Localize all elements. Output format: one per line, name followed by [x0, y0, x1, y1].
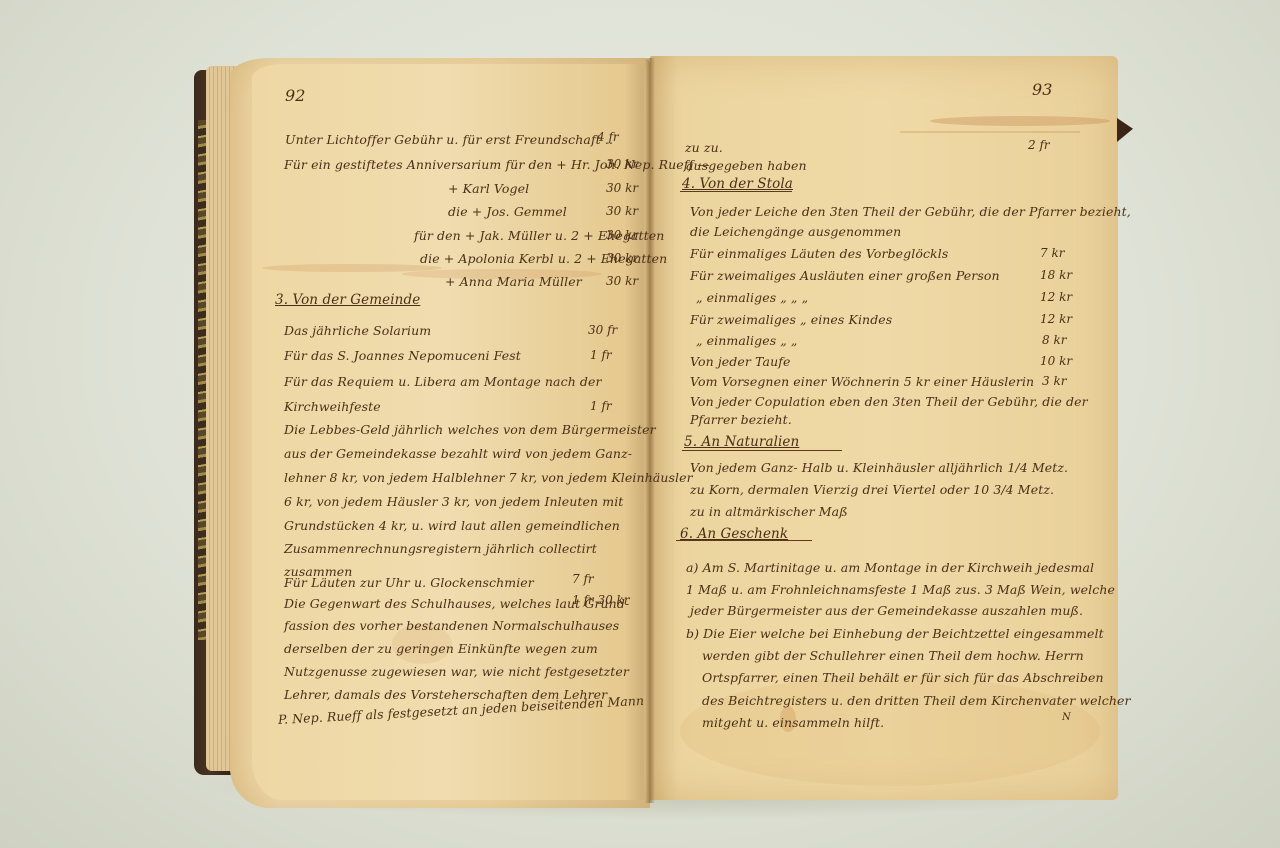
ledger-amount: 7 fr [572, 572, 594, 586]
ledger-amount: 30 kr [606, 157, 638, 171]
ledger-line: Die Lebbes-Geld jährlich welches von dem… [284, 422, 656, 437]
ledger-line: „ einmaliges „ „ „ [696, 290, 808, 305]
section-heading-4: 4. Von der Stola [682, 176, 793, 192]
ledger-line: Von jedem Ganz- Halb u. Kleinhäusler all… [690, 460, 1068, 475]
ledger-amount: 4 fr [597, 130, 619, 144]
page-number-left: 92 [285, 86, 306, 105]
ledger-line: Von jeder Leiche den 3ten Theil der Gebü… [690, 204, 1131, 219]
ledger-amount: 30 kr [606, 181, 638, 195]
ledger-line: des Beichtregisters u. den dritten Theil… [702, 693, 1131, 708]
section-heading-5: 5. An Naturalien [684, 434, 799, 450]
ledger-line: 1 Maß u. am Frohnleichnamsfeste 1 Maß zu… [686, 582, 1115, 597]
ledger-line: werden gibt der Schullehrer einen Theil … [702, 648, 1084, 663]
ledger-line: zu zu. [685, 140, 723, 155]
ledger-amount: 30 kr [606, 228, 638, 242]
ledger-line: die Leichengänge ausgenommen [690, 224, 901, 239]
ledger-line: Für das Requiem u. Libera am Montage nac… [284, 374, 602, 389]
ledger-line: mitgeht u. einsammeln hilft. [702, 715, 884, 730]
ledger-line: Von jeder Taufe [690, 354, 790, 369]
ledger-line: Kirchweihfeste [284, 399, 381, 414]
ledger-line: 6 kr, von jedem Häusler 3 kr, von jedem … [284, 494, 623, 509]
ledger-amount: 1 fr [590, 399, 612, 413]
ledger-amount: 8 kr [1042, 333, 1066, 347]
ledger-amount: 3 kr [1042, 374, 1066, 388]
ledger-amount: 30 kr [606, 274, 638, 288]
ledger-amount: 1 fr 30 kr [572, 593, 630, 607]
ledger-line: Für das S. Joannes Nepomuceni Fest [284, 348, 521, 363]
ledger-line: + Anna Maria Müller [445, 274, 582, 289]
ledger-amount: 12 kr [1040, 312, 1072, 326]
ledger-amount: 30 kr [606, 251, 638, 265]
ledger-line: Für ein gestiftetes Anniversarium für de… [284, 157, 710, 172]
ledger-line: Das jährliche Solarium [284, 323, 431, 338]
ledger-line: derselben der zu geringen Einkünfte wege… [284, 641, 598, 656]
ledger-line: Für einmaliges Läuten des Vorbeglöckls [690, 246, 948, 261]
ledger-line: Ortspfarrer, einen Theil behält er für s… [702, 670, 1104, 685]
ledger-line: Vom Vorsegnen einer Wöchnerin 5 kr einer… [690, 374, 1034, 389]
ledger-amount: 18 kr [1040, 268, 1072, 282]
ledger-line: + Karl Vogel [448, 181, 529, 196]
ledger-amount: 1 fr [590, 348, 612, 362]
ledger-amount: 7 kr [1040, 246, 1064, 260]
section-heading-3: 3. Von der Gemeinde [275, 292, 420, 308]
ledger-amount: 30 kr [606, 204, 638, 218]
ledger-line: Nutzgenusse zugewiesen war, wie nicht fe… [284, 664, 629, 679]
ledger-line: ausgegeben haben [686, 158, 807, 173]
ledger-line: a) Am S. Martinitage u. am Montage in de… [686, 560, 1094, 575]
ledger-line: „ einmaliges „ „ [696, 333, 798, 348]
ledger-line: zu Korn, dermalen Vierzig drei Viertel o… [690, 482, 1054, 497]
ledger-line: Pfarrer bezieht. [690, 412, 792, 427]
ledger-line: Für zweimaliges „ eines Kindes [690, 312, 892, 327]
ledger-amount: 12 kr [1040, 290, 1072, 304]
ribbon-tab [1117, 118, 1133, 142]
ledger-amount: 30 fr [588, 323, 617, 337]
ledger-line: Grundstücken 4 kr, u. wird laut allen ge… [284, 518, 620, 533]
ledger-line: Für Läuten zur Uhr u. Glockenschmier [284, 575, 534, 590]
ledger-line: zu in altmärkischer Maß [690, 504, 848, 519]
ledger-amount: 10 kr [1040, 354, 1072, 368]
ledger-line: jeder Bürgermeister aus der Gemeindekass… [690, 603, 1083, 618]
ledger-line: Von jeder Copulation eben den 3ten Theil… [690, 394, 1088, 409]
page-number-right: 93 [1032, 80, 1053, 99]
ledger-line: Für zweimaliges Ausläuten einer großen P… [690, 268, 1000, 283]
ledger-line: die + Jos. Gemmel [448, 204, 567, 219]
ledger-line: fassion des vorher bestandenen Normalsch… [284, 618, 619, 633]
ledger-line: aus der Gemeindekasse bezahlt wird von j… [284, 446, 632, 461]
ledger-amount: 2 fr [1028, 138, 1050, 152]
ledger-line: Unter Lichtoffer Gebühr u. für erst Freu… [285, 132, 613, 147]
ledger-line: Zusammenrechnungsregistern jährlich coll… [284, 541, 597, 556]
ledger-line: lehner 8 kr, von jedem Halblehner 7 kr, … [284, 470, 693, 485]
ledger-line: b) Die Eier welche bei Einhebung der Bei… [686, 626, 1104, 641]
corner-mark: N [1062, 712, 1071, 723]
